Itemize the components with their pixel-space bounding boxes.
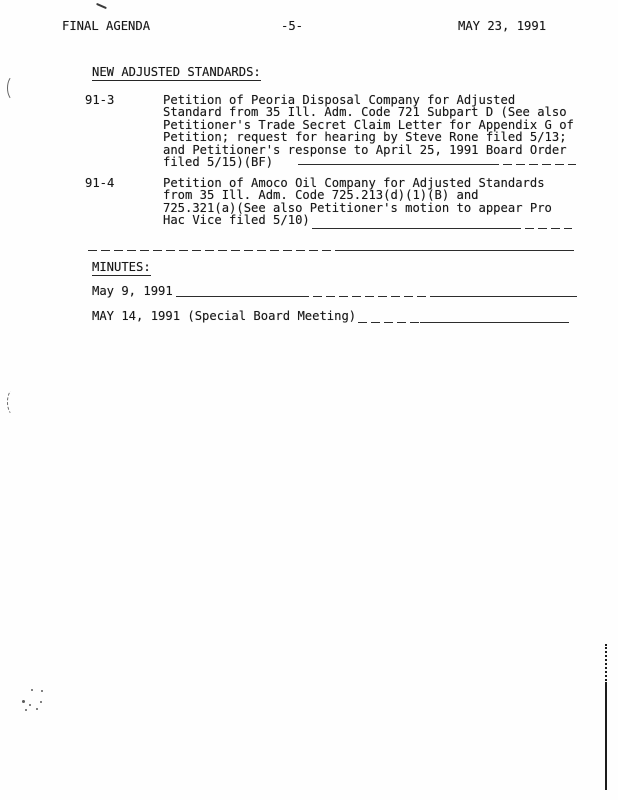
docket-number-91-3: 91-3 [85,94,114,106]
fill-line-may-9-b [430,296,577,297]
section-heading-minutes: MINUTES: [92,261,151,273]
pen-mark-paren-top [7,75,22,101]
section-heading-text: NEW ADJUSTED STANDARDS: [92,65,261,81]
item-91-3-line: filed 5/15)(BF) [163,156,574,168]
minutes-entry-may-14: MAY 14, 1991 (Special Board Meeting) [92,310,356,322]
scan-fold-line-dotted [605,644,607,684]
speckle-dot [31,689,33,691]
page-number: -5- [281,20,303,32]
pen-tick-mark [96,3,107,9]
fill-line-may-9-dashed [300,296,430,297]
fill-line-91-3 [298,164,490,165]
fill-line-may-9-a [176,296,300,297]
docket-number-91-4: 91-4 [85,177,114,189]
speckle-dot [22,700,25,703]
section-heading-new-adjusted-standards: NEW ADJUSTED STANDARDS: [92,66,261,78]
speckle-dot [29,704,31,706]
speckle-dot [25,709,27,711]
item-91-3-line: Petition; request for hearing by Steve R… [163,131,574,143]
section-divider-dashed [88,250,343,251]
scanned-agenda-page: FINAL AGENDA -5- MAY 23, 1991 NEW ADJUST… [0,0,618,800]
speckle-dot [36,708,38,710]
fill-line-may-14 [420,322,569,323]
fill-line-91-4 [312,228,512,229]
fill-line-91-3-dashed-tail [490,164,576,165]
page-header-title: FINAL AGENDA [62,20,150,32]
minutes-entry-may-9: May 9, 1991 [92,285,173,297]
pen-mark-paren-middle [7,388,22,416]
speckle-dot [41,690,43,692]
minutes-heading-text: MINUTES: [92,260,151,276]
item-description-91-4: Petition of Amoco Oil Company for Adjust… [163,177,552,227]
page-header-date: MAY 23, 1991 [458,20,546,32]
scan-fold-line-solid [605,684,607,790]
item-91-3-line: Standard from 35 Ill. Adm. Code 721 Subp… [163,106,574,118]
item-91-4-line: from 35 Ill. Adm. Code 725.213(d)(1)(B) … [163,189,552,201]
section-divider-solid [343,250,574,251]
fill-line-may-14-dashed [358,322,420,323]
item-91-4-line: Hac Vice filed 5/10) [163,214,552,226]
speckle-dot [40,701,42,703]
item-description-91-3: Petition of Peoria Disposal Company for … [163,94,574,168]
fill-line-91-4-dashed-tail [512,228,572,229]
